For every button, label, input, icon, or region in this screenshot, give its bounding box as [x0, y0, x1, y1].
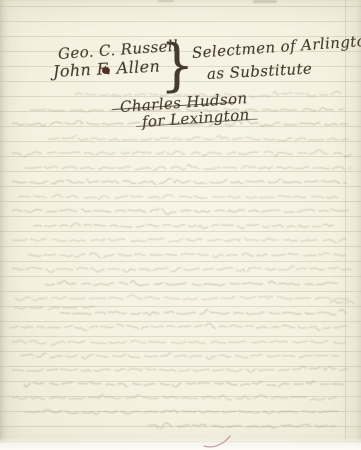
paper-bottom-edge: [0, 437, 361, 450]
manuscript-page: Geo. C. Russell John F. Allen } Selectme…: [0, 0, 361, 450]
bleedthrough-line: [12, 266, 352, 272]
brace-glyph: }: [160, 33, 194, 99]
bleedthrough-line: [15, 295, 349, 300]
bleedthrough-line: [12, 179, 347, 185]
bleedthrough-line: [20, 353, 339, 360]
bleedthrough-line: [45, 281, 341, 286]
paper-smudge: [158, 0, 174, 2]
bleedthrough-line: [60, 310, 346, 315]
bleedthrough-line: [12, 395, 337, 400]
bleedthrough-line: [10, 324, 350, 331]
bleedthrough-line: [330, 301, 354, 304]
bleedthrough-line: [18, 195, 344, 199]
bleedthrough-line: [12, 366, 349, 372]
bleedthrough-line: [12, 208, 349, 215]
bleedthrough-line: [48, 136, 349, 141]
bleedthrough-line: [12, 341, 346, 345]
bleedthrough-line: [12, 150, 351, 157]
paper-smudge: [253, 0, 277, 3]
bleedthrough-line: [148, 423, 336, 430]
paper-fold-line: [345, 0, 346, 442]
bleedthrough-line: [14, 306, 97, 309]
bleedthrough-line: [25, 410, 338, 414]
bleedthrough-line: [12, 237, 346, 243]
bleedthrough-line: [25, 165, 351, 170]
bleedthrough-line: [24, 381, 345, 387]
page-curl-mark: [200, 433, 242, 450]
bleedthrough-line: [28, 253, 346, 258]
bleedthrough-line: [33, 223, 337, 228]
ink-blot: [102, 67, 110, 74]
